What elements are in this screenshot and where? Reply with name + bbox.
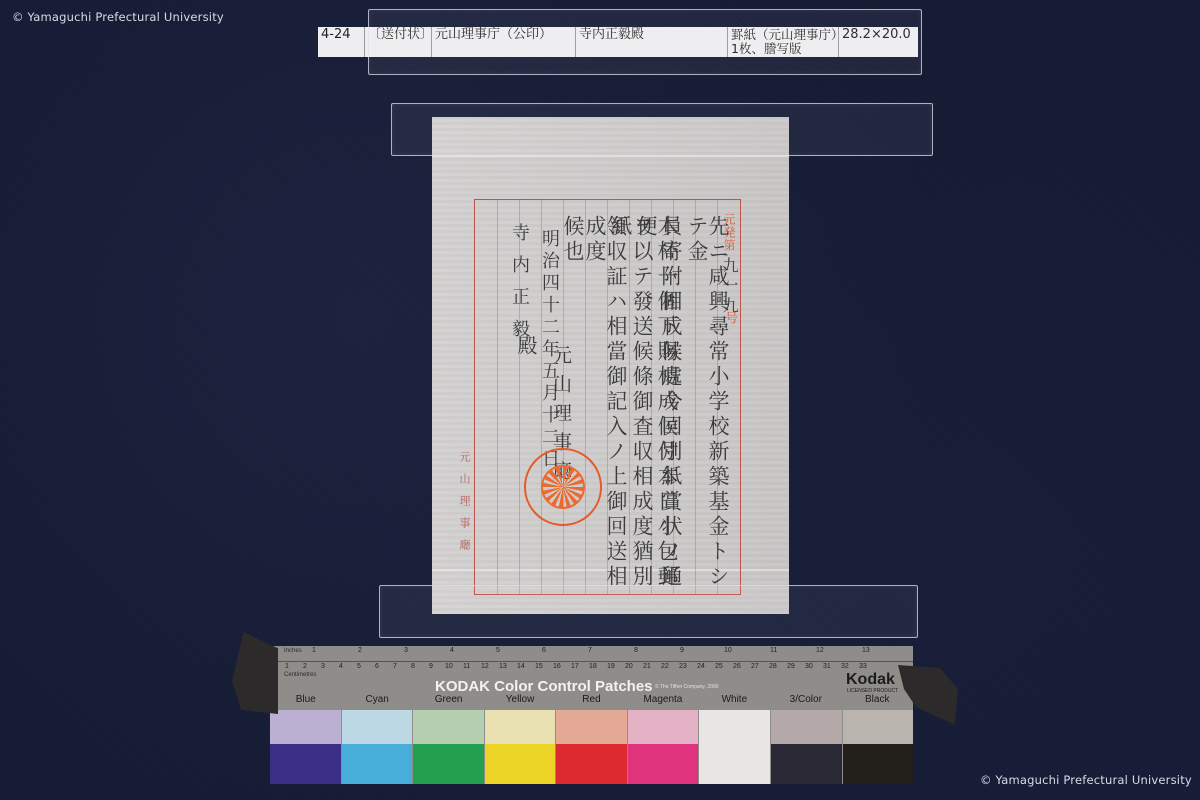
- kodak-logo: Kodak: [846, 671, 895, 689]
- kodak-title: KODAK Color Control Patches: [435, 678, 653, 695]
- patch-cyan: [342, 710, 413, 784]
- doc-recipient: 寺内正毅: [506, 223, 532, 351]
- acrylic-holder-bottom: [379, 585, 918, 638]
- doc-recipient-honorific: 殿: [512, 335, 541, 359]
- patch-black: [843, 710, 914, 784]
- acrylic-holder-top: [391, 103, 933, 156]
- patch-label-blue: Blue: [270, 694, 341, 705]
- printed-office-name: 元山理事廰: [456, 451, 472, 561]
- patch-label-black: Black: [842, 694, 913, 705]
- patch-yellow: [485, 710, 556, 784]
- ruler-cm-label: Centimetres: [284, 672, 316, 678]
- color-patches: [270, 710, 913, 784]
- patch-label-green: Green: [413, 694, 484, 705]
- copyright-bottom-right: © Yamaguchi Prefectural University: [980, 773, 1192, 787]
- patch-blue: [270, 710, 341, 784]
- masking-tape-left: [232, 632, 278, 714]
- patch-label-3color: 3/Color: [770, 694, 841, 705]
- patch-red: [556, 710, 627, 784]
- patch-label-magenta: Magenta: [627, 694, 698, 705]
- body-column-5: 領収証ハ相當御記入ノ上御回送相成度: [584, 215, 626, 614]
- acrylic-holder-label: [368, 9, 922, 75]
- ruler-inches-label: Inches: [284, 648, 302, 654]
- copyright-top-left: © Yamaguchi Prefectural University: [12, 10, 224, 24]
- label-item-number: 4-24: [318, 27, 365, 57]
- patch-magenta: [628, 710, 699, 784]
- patch-label-red: Red: [556, 694, 627, 705]
- patch-label-cyan: Cyan: [341, 694, 412, 705]
- patch-green: [413, 710, 484, 784]
- kodak-copyright: © The Tiffen Company, 2000: [655, 684, 718, 690]
- historical-document: 元発第 九一九 号 先ニ咸興尋常小学校新築基金トシテ金 員寄附相成候處今回別紙賞…: [432, 117, 789, 614]
- body-column-1: 先ニ咸興尋常小学校新築基金トシテ金: [686, 215, 728, 614]
- patch-white: [699, 710, 770, 784]
- chrysanthemum-crest-icon: [541, 465, 585, 509]
- kodak-color-control-patches: Inches Centimetres 1 2 3 4 5 6 7 8 9 10 …: [270, 646, 913, 784]
- patch-label-yellow: Yellow: [484, 694, 555, 705]
- patch-3color: [771, 710, 842, 784]
- patch-labels: Blue Cyan Green Yellow Red Magenta White…: [270, 694, 913, 705]
- patch-label-white: White: [699, 694, 770, 705]
- body-column-6: 候也: [562, 215, 583, 265]
- official-seal-icon: [524, 448, 602, 526]
- ruler: Inches Centimetres 1 2 3 4 5 6 7 8 9 10 …: [270, 646, 913, 678]
